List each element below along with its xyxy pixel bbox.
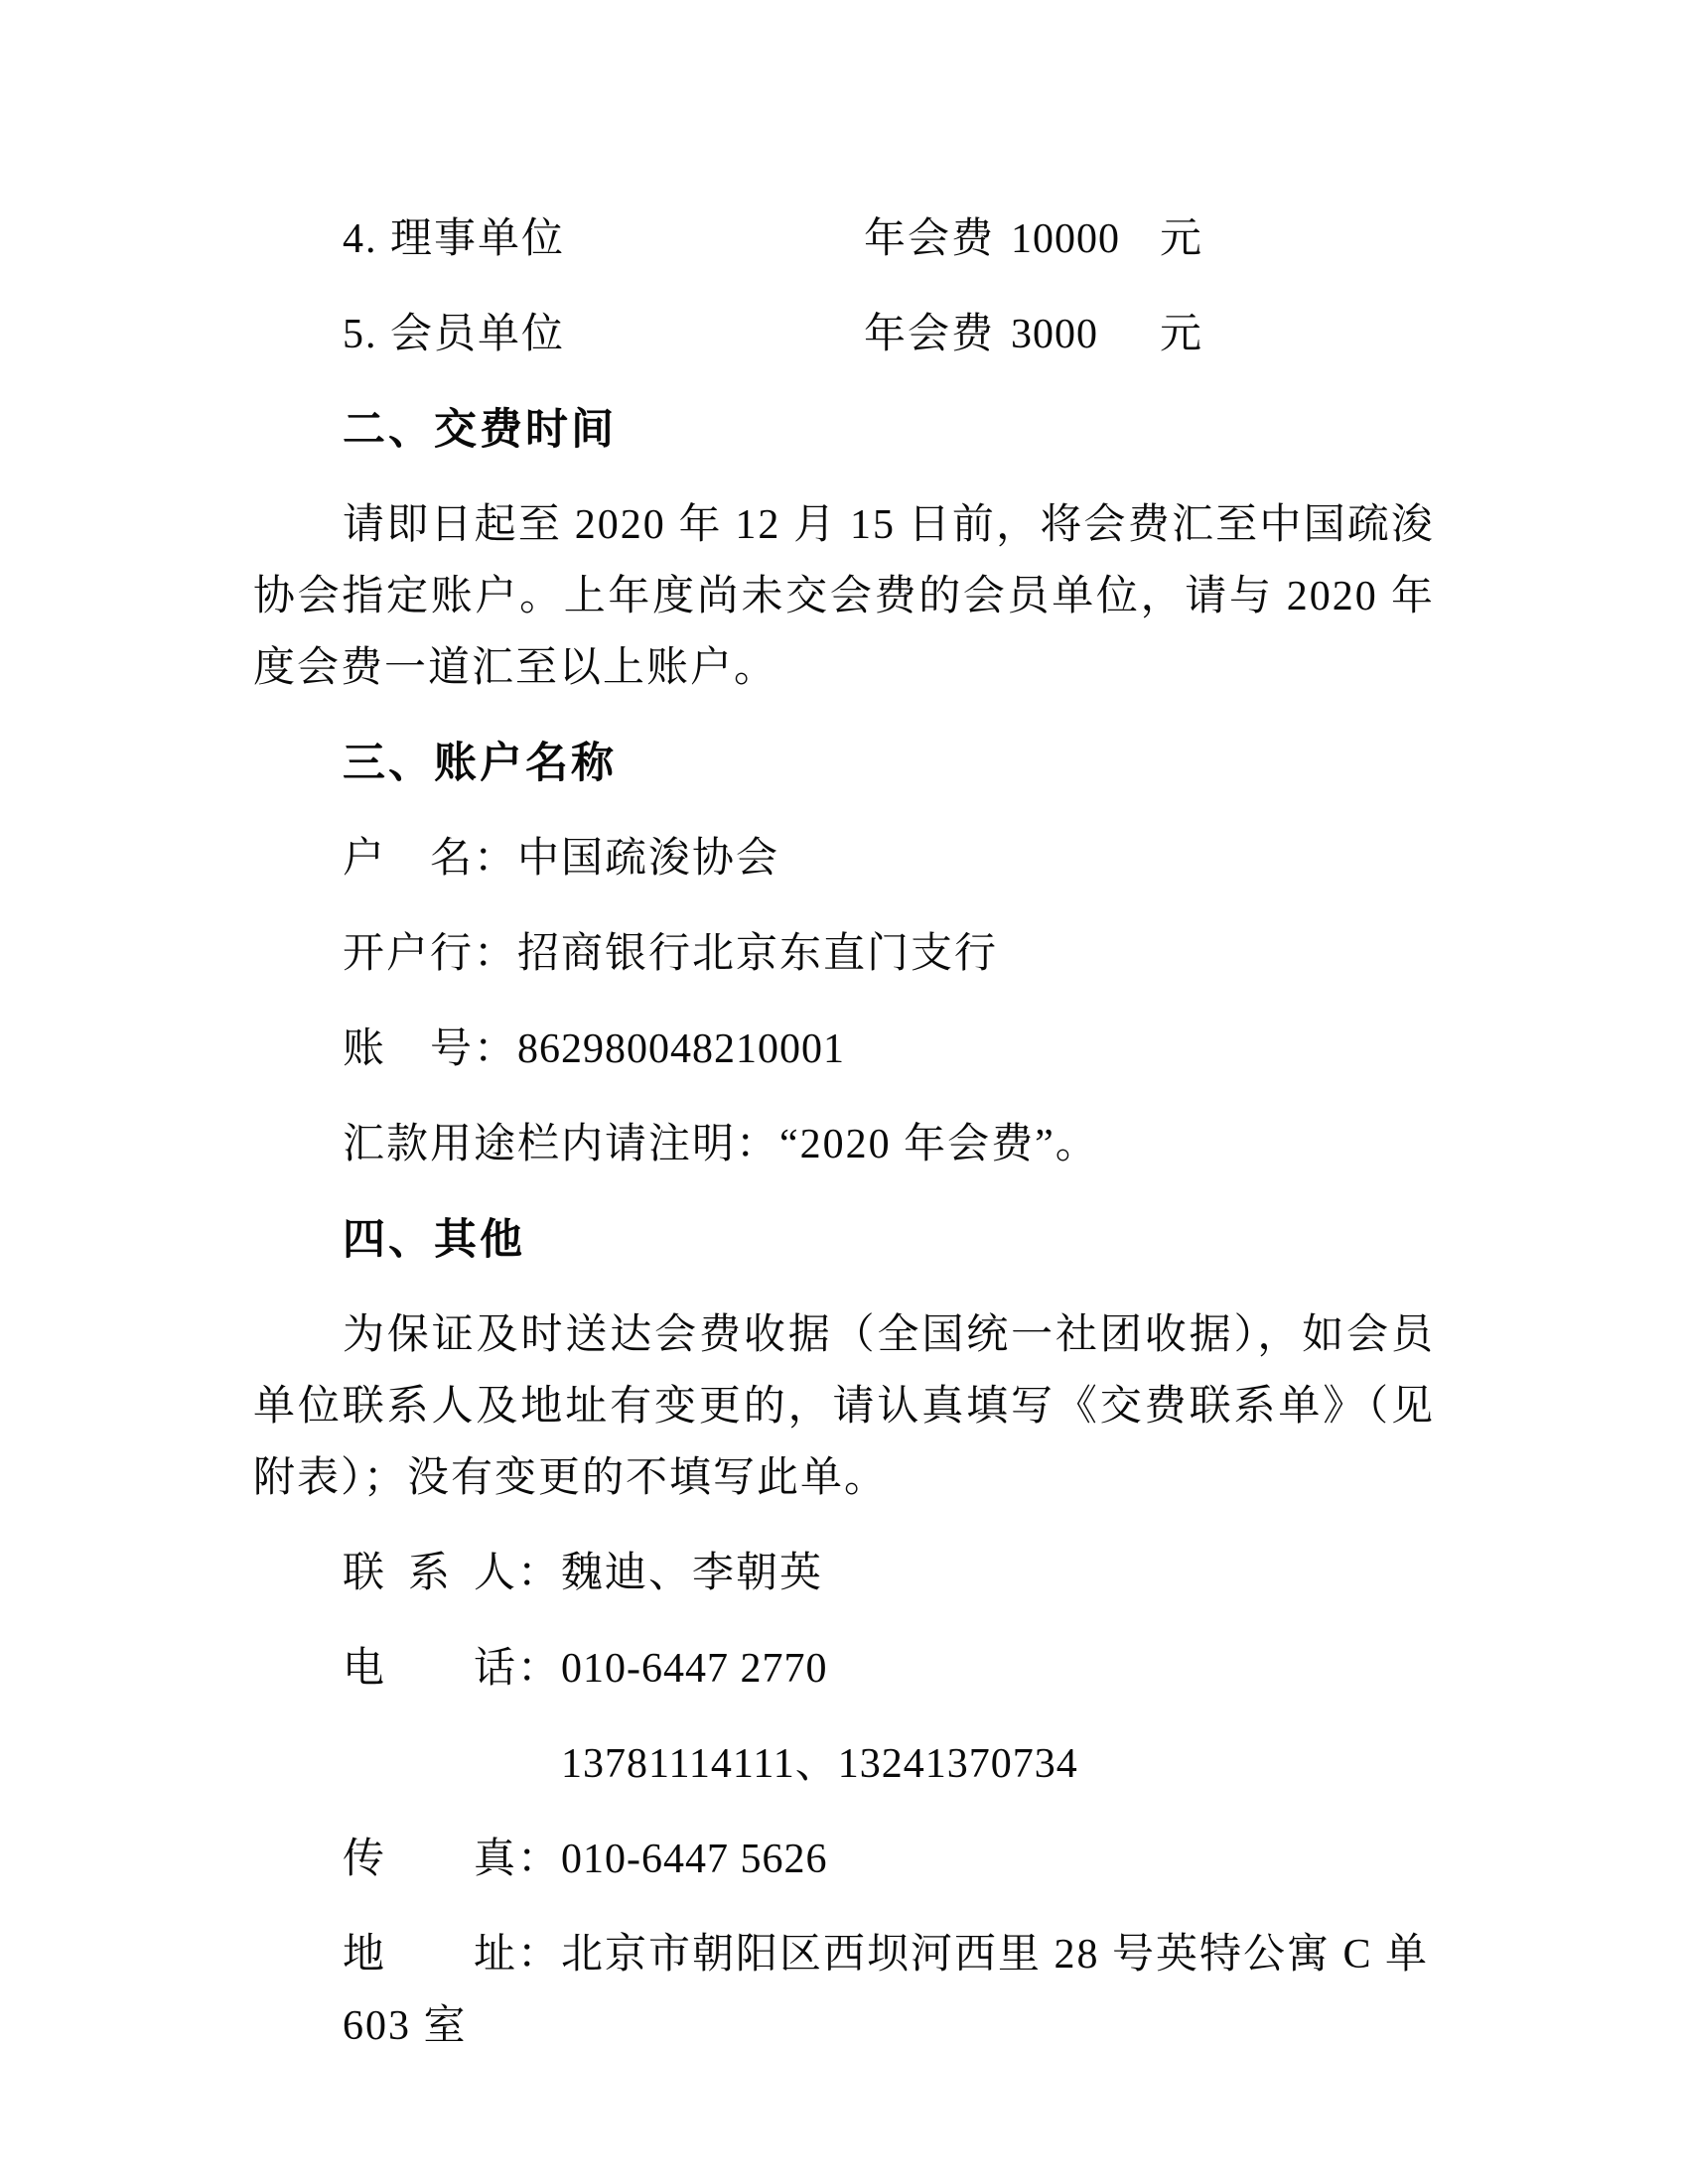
- fee-label: 年会费: [864, 312, 995, 357]
- fee-item-5-fee: 年会费3000元: [864, 299, 1203, 370]
- fee-item-5: 5. 会员单位 年会费3000元: [253, 299, 1435, 370]
- field-label: 地址: [343, 1919, 517, 1990]
- field-colon: ：: [517, 1633, 561, 1705]
- fee-item-4-name: 4. 理事单位: [343, 216, 565, 262]
- field-fax: 传真：010-6447 5626: [253, 1824, 1435, 1895]
- field-contact: 联系人：魏迪、李朝英: [253, 1538, 1435, 1609]
- field-label: 开户行: [343, 918, 474, 990]
- field-phone: 电话：010-6447 2770: [253, 1633, 1435, 1705]
- field-value: 862980048210001: [517, 1026, 845, 1072]
- field-bank: 开户行：招商银行北京东直门支行: [253, 918, 1435, 990]
- field-label: 联系人: [343, 1538, 517, 1609]
- field-colon: ：: [517, 1538, 561, 1609]
- field-colon: ：: [474, 823, 517, 894]
- field-colon: ：: [517, 1824, 561, 1895]
- paragraph-line: 为保证及时送达会费收据（全国统一社团收据），如会员: [253, 1299, 1435, 1371]
- field-address-line2: 603 室: [253, 1990, 1435, 2062]
- field-account-number: 账号：862980048210001: [253, 1014, 1435, 1085]
- fee-label: 年会费: [864, 216, 995, 262]
- field-address: 地址：北京市朝阳区西坝河西里 28 号英特公寓 C 单: [253, 1919, 1435, 1990]
- field-colon: ：: [474, 918, 517, 990]
- paragraph-line: 单位联系人及地址有变更的，请认真填写《交费联系单》（见: [253, 1371, 1435, 1442]
- field-value: 北京市朝阳区西坝河西里 28 号英特公寓 C 单: [561, 1932, 1429, 1978]
- field-label: 电话: [343, 1633, 517, 1705]
- field-label: 户名: [343, 823, 474, 894]
- field-colon: ：: [517, 1919, 561, 1990]
- field-label: 账号: [343, 1014, 474, 1085]
- paragraph-line: 协会指定账户。上年度尚未交会费的会员单位，请与 2020 年: [253, 561, 1435, 632]
- fee-unit: 元: [1160, 312, 1203, 357]
- field-value: 010-6447 2770: [561, 1646, 828, 1692]
- document-page: 4. 理事单位 年会费10000元 5. 会员单位 年会费3000元 二、交费时…: [0, 0, 1688, 2184]
- heading-account-name: 三、账户名称: [253, 728, 1435, 799]
- field-account-name: 户名：中国疏浚协会: [253, 823, 1435, 894]
- fee-amount: 3000: [1011, 299, 1160, 370]
- field-value: 中国疏浚协会: [517, 836, 779, 882]
- fee-item-4: 4. 理事单位 年会费10000元: [253, 204, 1435, 275]
- field-value: 010-6447 5626: [561, 1837, 828, 1882]
- heading-payment-time: 二、交费时间: [253, 394, 1435, 466]
- field-value: 魏迪、李朝英: [561, 1551, 823, 1596]
- field-value: 招商银行北京东直门支行: [517, 931, 998, 977]
- paragraph-line: 请即日起至 2020 年 12 月 15 日前，将会费汇至中国疏浚: [253, 489, 1435, 561]
- paragraph-line: 附表）；没有变更的不填写此单。: [253, 1442, 1435, 1514]
- paragraph-line: 度会费一道汇至以上账户。: [253, 632, 1435, 704]
- field-colon: ：: [474, 1014, 517, 1085]
- fee-amount: 10000: [1011, 204, 1160, 275]
- document-content: 4. 理事单位 年会费10000元 5. 会员单位 年会费3000元 二、交费时…: [253, 204, 1435, 2062]
- remittance-note: 汇款用途栏内请注明：“2020 年会费”。: [253, 1109, 1435, 1180]
- field-phone-line2: 13781114111、13241370734: [253, 1728, 1435, 1800]
- fee-unit: 元: [1160, 216, 1203, 262]
- heading-other: 四、其他: [253, 1204, 1435, 1276]
- field-label: 传真: [343, 1824, 517, 1895]
- fee-item-4-fee: 年会费10000元: [864, 204, 1203, 275]
- fee-item-5-name: 5. 会员单位: [343, 312, 565, 357]
